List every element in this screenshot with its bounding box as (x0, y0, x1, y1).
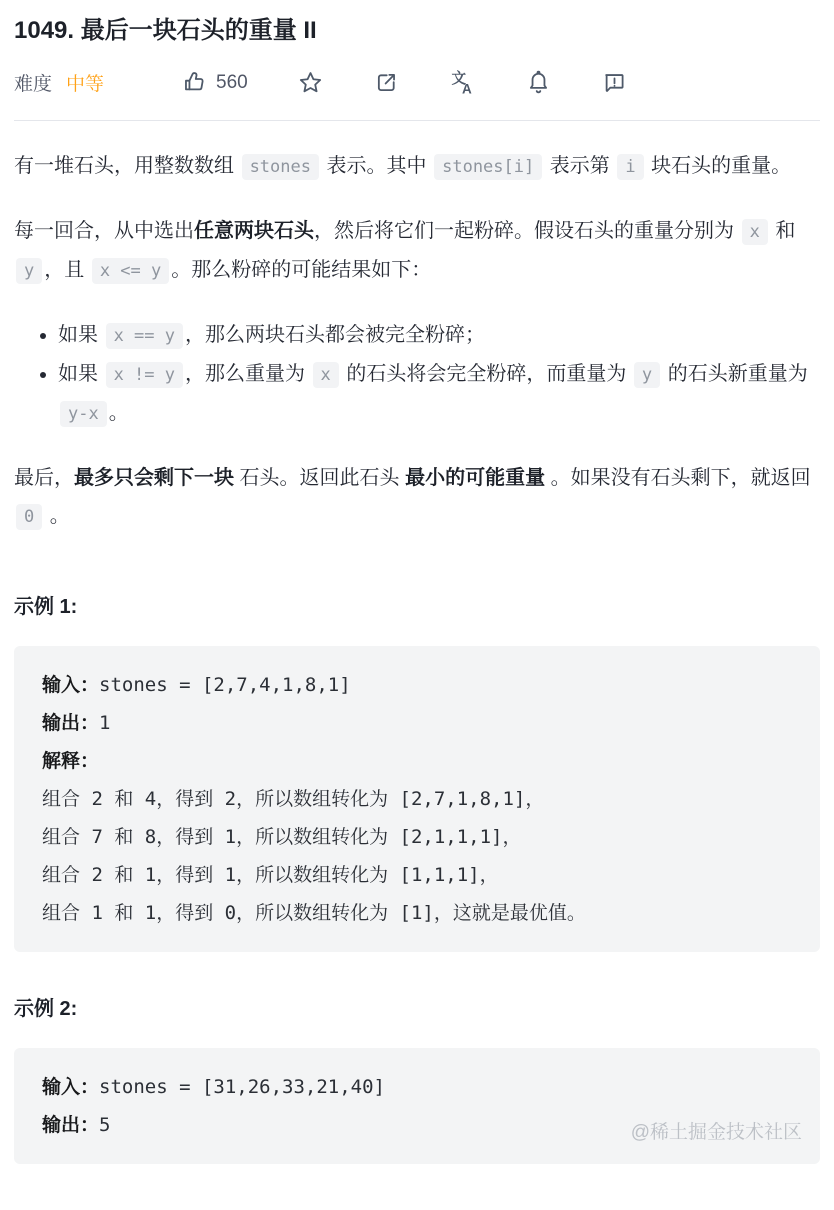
text-run: 组合 2 和 4，得到 2，所以数组转化为 [2,7,1,8,1]， (42, 788, 544, 810)
text-run: 5 (99, 1114, 110, 1136)
meta-row: 难度 中等 560 文 A (14, 69, 820, 96)
star-icon (297, 69, 324, 96)
inline-code: i (617, 154, 643, 180)
example-code-block: 输入：stones = [31,26,33,21,40]输出：5@稀土掘金技术社… (14, 1048, 820, 1164)
description-paragraph: 最后，最多只会剩下一块 石头。返回此石头 最小的可能重量 。如果没有石头剩下，就… (14, 459, 820, 536)
code-line: 输出：1 (42, 704, 792, 742)
bold-text: 最小的可能重量 (405, 467, 545, 489)
text-run: 表示。其中 (321, 155, 432, 177)
problem-description: 有一堆石头，用整数数组 stones 表示。其中 stones[i] 表示第 i… (14, 147, 820, 536)
bold-text: 最多只会剩下一块 (74, 467, 234, 489)
description-paragraph: 每一回合，从中选出任意两块石头，然后将它们一起粉碎。假设石头的重量分别为 x 和… (14, 212, 820, 290)
code-line: 组合 2 和 1，得到 1，所以数组转化为 [1,1,1]， (42, 856, 792, 894)
code-line: 组合 7 和 8，得到 1，所以数组转化为 [2,1,1,1]， (42, 818, 792, 856)
text-run: ，然后将它们一起粉碎。假设石头的重量分别为 (314, 220, 740, 242)
inline-code: x == y (106, 323, 183, 349)
watermark: @稀土掘金技术社区 (631, 1114, 802, 1152)
code-line: 解释： (42, 742, 792, 780)
bold-text: 任意两块石头 (194, 220, 314, 242)
bold-text: 输入： (42, 674, 99, 696)
favorite-button[interactable] (297, 69, 324, 96)
text-run: 。 (44, 505, 70, 527)
text-run: 如果 (58, 363, 104, 385)
feedback-button[interactable] (601, 69, 628, 96)
inline-code: x != y (106, 362, 183, 388)
bold-text: 解释： (42, 750, 99, 772)
text-run: 每一回合，从中选出 (14, 220, 194, 242)
text-run: 有一堆石头，用整数数组 (14, 155, 240, 177)
inline-code: x (742, 219, 768, 245)
example-section: 示例 1:输入：stones = [2,7,4,1,8,1]输出：1解释：组合 … (14, 592, 820, 952)
translate-icon: 文 A (449, 69, 476, 96)
feedback-icon (601, 69, 628, 96)
inline-code: stones[i] (434, 154, 542, 180)
share-button[interactable] (373, 69, 400, 96)
thumbs-up-icon (180, 69, 207, 96)
text-run: 。那么粉碎的可能结果如下： (171, 259, 431, 281)
code-line: 输入：stones = [2,7,4,1,8,1] (42, 666, 792, 704)
text-run: 。 (109, 402, 129, 424)
text-run: ，那么重量为 (185, 363, 311, 385)
text-run: ，那么两块石头都会被完全粉碎； (185, 324, 485, 346)
text-run: 表示第 (544, 155, 615, 177)
text-run: 组合 1 和 1，得到 0，所以数组转化为 [1]，这就是最优值。 (42, 902, 586, 924)
text-run: 的石头新重量为 (662, 363, 808, 385)
inline-code: y (634, 362, 660, 388)
example-heading: 示例 1: (14, 592, 820, 622)
example-section: 示例 2:输入：stones = [31,26,33,21,40]输出：5@稀土… (14, 994, 820, 1164)
example-code-block: 输入：stones = [2,7,4,1,8,1]输出：1解释：组合 2 和 4… (14, 646, 820, 952)
text-run: 的石头将会完全粉碎，而重量为 (341, 363, 632, 385)
inline-code: stones (242, 154, 319, 180)
text-run: 1 (99, 712, 110, 734)
text-run: 块石头的重量。 (646, 155, 792, 177)
like-count: 560 (216, 72, 248, 94)
inline-code: y-x (60, 401, 107, 427)
bullet-item: 如果 x != y，那么重量为 x 的石头将会完全粉碎，而重量为 y 的石头新重… (58, 355, 820, 433)
bold-text: 输出： (42, 1114, 99, 1136)
difficulty-label: 难度 (14, 69, 52, 96)
inline-code: x (313, 362, 339, 388)
text-run: 。如果没有石头剩下，就返回 (545, 467, 811, 489)
text-run: stones = [2,7,4,1,8,1] (99, 674, 351, 696)
svg-text:A: A (462, 81, 472, 96)
inline-code: x <= y (92, 258, 169, 284)
like-button[interactable]: 560 (180, 69, 248, 96)
inline-code: 0 (16, 504, 42, 530)
difficulty-badge: 中等 (66, 69, 104, 96)
bullet-list: 如果 x == y，那么两块石头都会被完全粉碎；如果 x != y，那么重量为 … (14, 316, 820, 433)
text-run: 最后， (14, 467, 74, 489)
code-line: 输入：stones = [31,26,33,21,40] (42, 1068, 792, 1106)
page-title: 1049. 最后一块石头的重量 II (14, 14, 820, 47)
examples-section: 示例 1:输入：stones = [2,7,4,1,8,1]输出：1解释：组合 … (14, 592, 820, 1164)
text-run: 组合 7 和 8，得到 1，所以数组转化为 [2,1,1,1]， (42, 826, 521, 848)
problem-page: 1049. 最后一块石头的重量 II 难度 中等 560 文 (0, 0, 834, 1164)
text-run: 如果 (58, 324, 104, 346)
example-heading: 示例 2: (14, 994, 820, 1024)
bell-icon (525, 69, 552, 96)
bold-text: 输入： (42, 1076, 99, 1098)
text-run: 和 (770, 220, 796, 242)
code-line: 组合 1 和 1，得到 0，所以数组转化为 [1]，这就是最优值。 (42, 894, 792, 932)
bullet-item: 如果 x == y，那么两块石头都会被完全粉碎； (58, 316, 820, 355)
share-icon (373, 69, 400, 96)
notification-button[interactable] (525, 69, 552, 96)
text-run: ，且 (44, 259, 90, 281)
text-run: 组合 2 和 1，得到 1，所以数组转化为 [1,1,1]， (42, 864, 499, 886)
inline-code: y (16, 258, 42, 284)
bold-text: 输出： (42, 712, 99, 734)
text-run: stones = [31,26,33,21,40] (99, 1076, 385, 1098)
code-line: 组合 2 和 4，得到 2，所以数组转化为 [2,7,1,8,1]， (42, 780, 792, 818)
translate-button[interactable]: 文 A (449, 69, 476, 96)
text-run: 石头。返回此石头 (234, 467, 405, 489)
header-divider (14, 120, 820, 121)
description-paragraph: 有一堆石头，用整数数组 stones 表示。其中 stones[i] 表示第 i… (14, 147, 820, 186)
